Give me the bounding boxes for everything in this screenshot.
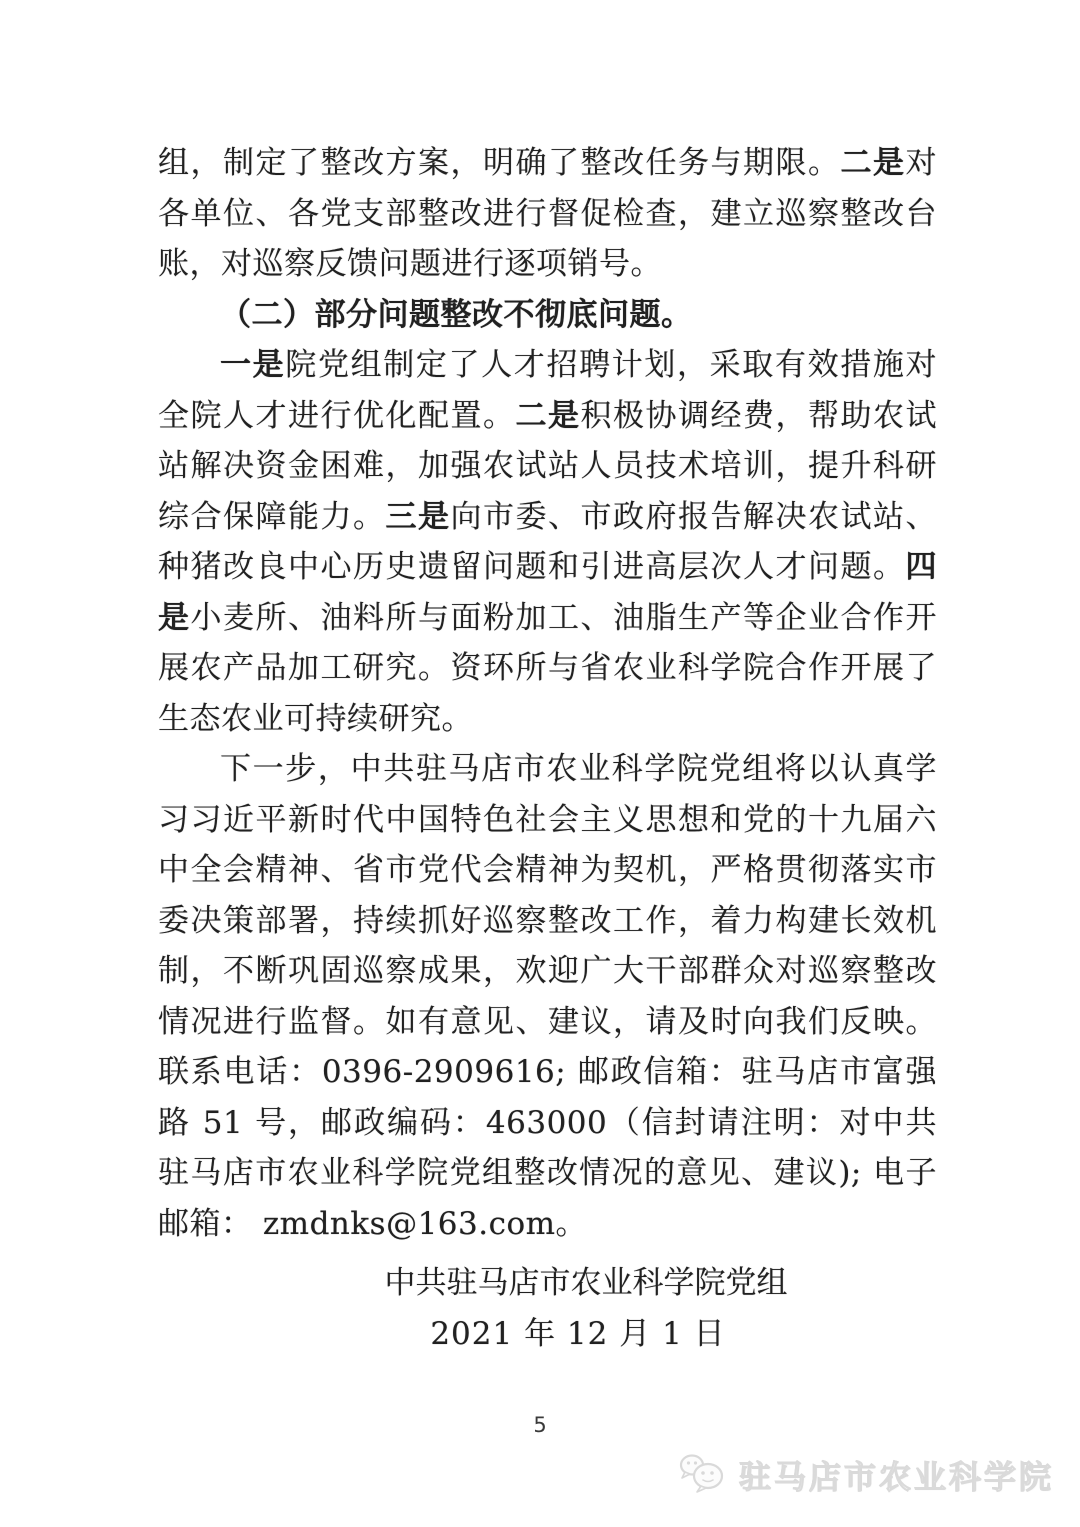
section-heading: （二）部分问题整改不彻底问题。 (158, 290, 937, 341)
wechat-icon (677, 1450, 729, 1500)
paragraph: 组，制定了整改方案，明确了整改任务与期限。二是对各单位、各党支部整改进行督促检查… (158, 138, 937, 290)
paragraph: 一是院党组制定了人才招聘计划，采取有效措施对全院人才进行优化配置。二是积极协调经… (158, 340, 937, 744)
emphasis-text: （二）部分问题整改不彻底问题。 (220, 297, 693, 333)
document-page: 组，制定了整改方案，明确了整改任务与期限。二是对各单位、各党支部整改进行督促检查… (0, 0, 1080, 1527)
body-text: 下一步，中共驻马店市农业科学院党组将以认真学习习近平新时代中国特色社会主义思想和… (158, 751, 937, 1242)
page-number: 5 (0, 1410, 1080, 1440)
emphasis-text: 三是 (386, 499, 451, 535)
paragraph: 下一步，中共驻马店市农业科学院党组将以认真学习习近平新时代中国特色社会主义思想和… (158, 744, 937, 1249)
emphasis-text: 二是 (516, 398, 581, 434)
body-text: 组，制定了整改方案，明确了整改任务与期限。 (158, 145, 841, 181)
emphasis-text: 二是 (841, 145, 906, 181)
signature-block: 中共驻马店市农业科学院党组 2021 年 12 月 1 日 (0, 1258, 1080, 1359)
document-body: 组，制定了整改方案，明确了整改任务与期限。二是对各单位、各党支部整改进行督促检查… (158, 138, 937, 1249)
watermark: 驻马店市农业科学院 (677, 1450, 1054, 1500)
signature-date: 2021 年 12 月 1 日 (38, 1309, 1080, 1360)
signature-organization: 中共驻马店市农业科学院党组 (46, 1258, 1080, 1309)
body-text: 小麦所、油料所与面粉加工、油脂生产等企业合作开展农产品加工研究。资环所与省农业科… (158, 600, 937, 737)
emphasis-text: 一是 (220, 347, 285, 383)
watermark-text: 驻马店市农业科学院 (739, 1452, 1054, 1498)
